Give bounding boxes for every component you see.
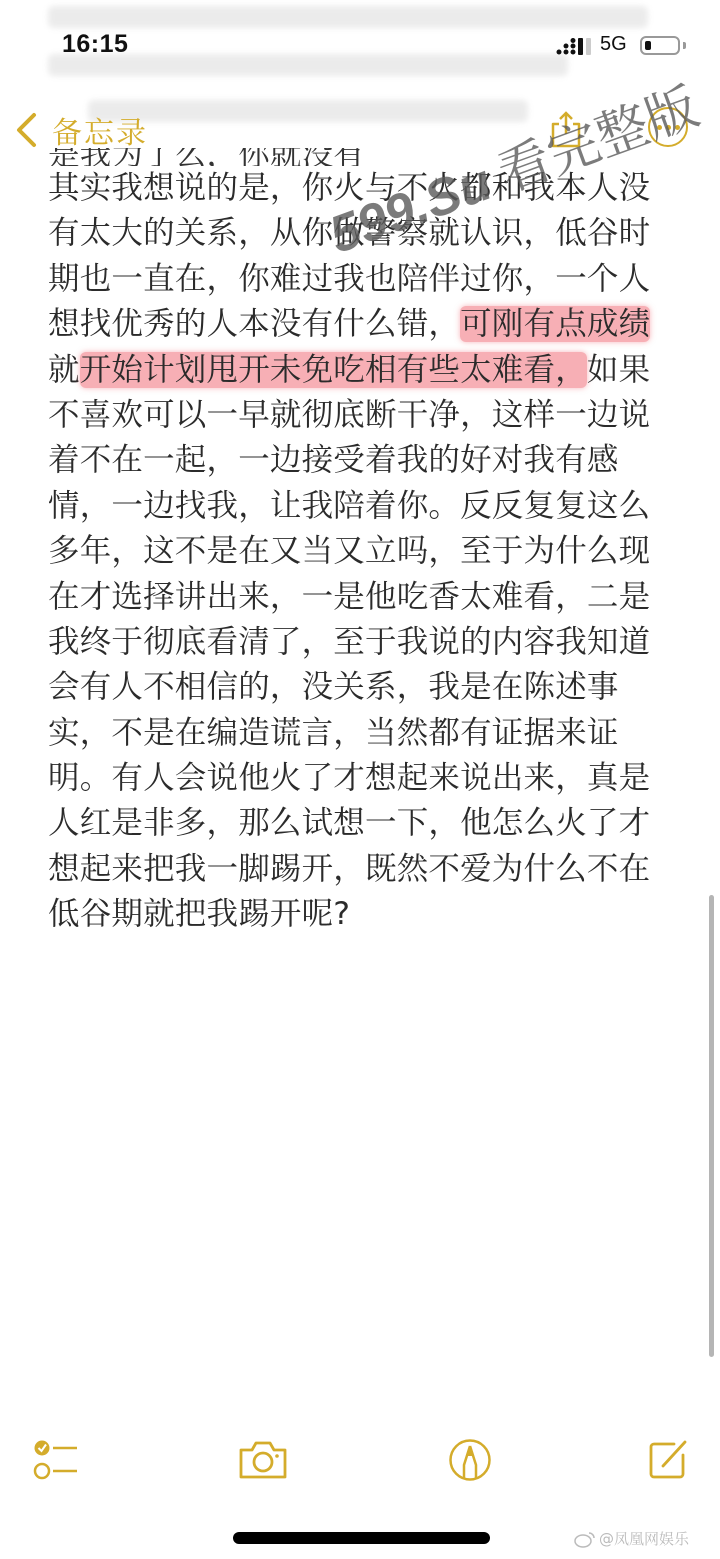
compose-icon bbox=[646, 1438, 690, 1482]
chevron-left-icon bbox=[14, 112, 40, 148]
note-line-clipped: 是我为了么，你就没有 bbox=[48, 148, 668, 166]
highlighted-text: 可刚有点成绩 bbox=[460, 306, 650, 342]
dot bbox=[666, 125, 671, 130]
battery-icon bbox=[640, 36, 680, 55]
weibo-logo-icon bbox=[574, 1530, 596, 1548]
note-text: 想找优秀的人本没有什么错， bbox=[48, 306, 460, 342]
back-button[interactable]: 备忘录 bbox=[14, 108, 148, 152]
camera-icon bbox=[237, 1440, 289, 1480]
checklist-button[interactable] bbox=[28, 1430, 88, 1490]
note-line: 期也一直在，你难过我也陪伴过你，一个人 bbox=[48, 257, 668, 302]
note-body[interactable]: 是我为了么，你就没有 其实我想说的是，你火与不火都和我本人没 有太大的关系，从你… bbox=[48, 148, 668, 938]
network-type: 5G bbox=[600, 33, 627, 56]
highlighted-text: 开始计划甩开未免吃相有些太难看， bbox=[80, 352, 587, 388]
compose-button[interactable] bbox=[638, 1430, 698, 1490]
markup-button[interactable] bbox=[440, 1430, 500, 1490]
note-line: 其实我想说的是，你火与不火都和我本人没 bbox=[48, 166, 668, 211]
dot bbox=[675, 125, 680, 130]
note-line: 就开始计划甩开未免吃相有些太难看，如果 bbox=[48, 348, 668, 393]
back-label: 备忘录 bbox=[52, 108, 148, 152]
markup-pen-icon bbox=[448, 1438, 492, 1482]
note-line: 在才选择讲出来，一是他吃香太难看，二是 bbox=[48, 575, 668, 620]
bottom-toolbar bbox=[0, 1430, 720, 1490]
note-text: 如果 bbox=[587, 352, 650, 388]
more-ellipsis-icon bbox=[657, 125, 662, 130]
note-line: 低谷期就把我踢开呢? bbox=[48, 892, 668, 937]
note-line: 实，不是在编造谎言，当然都有证据来证 bbox=[48, 711, 668, 756]
more-button[interactable] bbox=[648, 107, 688, 147]
note-line: 多年，这不是在又当又立吗，至于为什么现 bbox=[48, 529, 668, 574]
note-line: 明。有人会说他火了才想起来说出来，真是 bbox=[48, 756, 668, 801]
note-line: 人红是非多，那么试想一下，他怎么火了才 bbox=[48, 801, 668, 846]
status-bar: 16:15 5G bbox=[0, 0, 720, 90]
battery-cap bbox=[683, 42, 686, 49]
scrollbar[interactable] bbox=[709, 895, 714, 1357]
checklist-icon bbox=[33, 1438, 83, 1482]
share-icon[interactable] bbox=[548, 110, 584, 150]
note-line: 着不在一起，一边接受着我的好对我有感 bbox=[48, 438, 668, 483]
note-line: 想找优秀的人本没有什么错，可刚有点成绩 bbox=[48, 302, 668, 347]
camera-button[interactable] bbox=[233, 1430, 293, 1490]
source-watermark-text: @凤凰网娱乐 bbox=[599, 1528, 689, 1549]
note-line: 不喜欢可以一早就彻底断干净，这样一边说 bbox=[48, 393, 668, 438]
cellular-signal-icon bbox=[556, 38, 592, 56]
note-line: 有太大的关系，从你做警察就认识，低谷时 bbox=[48, 211, 668, 256]
note-line: 会有人不相信的，没关系，我是在陈述事 bbox=[48, 665, 668, 710]
source-watermark: @凤凰网娱乐 bbox=[574, 1528, 689, 1549]
status-time: 16:15 bbox=[62, 30, 128, 59]
home-indicator[interactable] bbox=[233, 1532, 490, 1544]
note-text: 就 bbox=[48, 352, 80, 388]
note-line: 情，一边找我，让我陪着你。反反复复这么 bbox=[48, 484, 668, 529]
note-line: 想起来把我一脚踢开，既然不爱为什么不在 bbox=[48, 847, 668, 892]
note-line: 我终于彻底看清了，至于我说的内容我知道 bbox=[48, 620, 668, 665]
